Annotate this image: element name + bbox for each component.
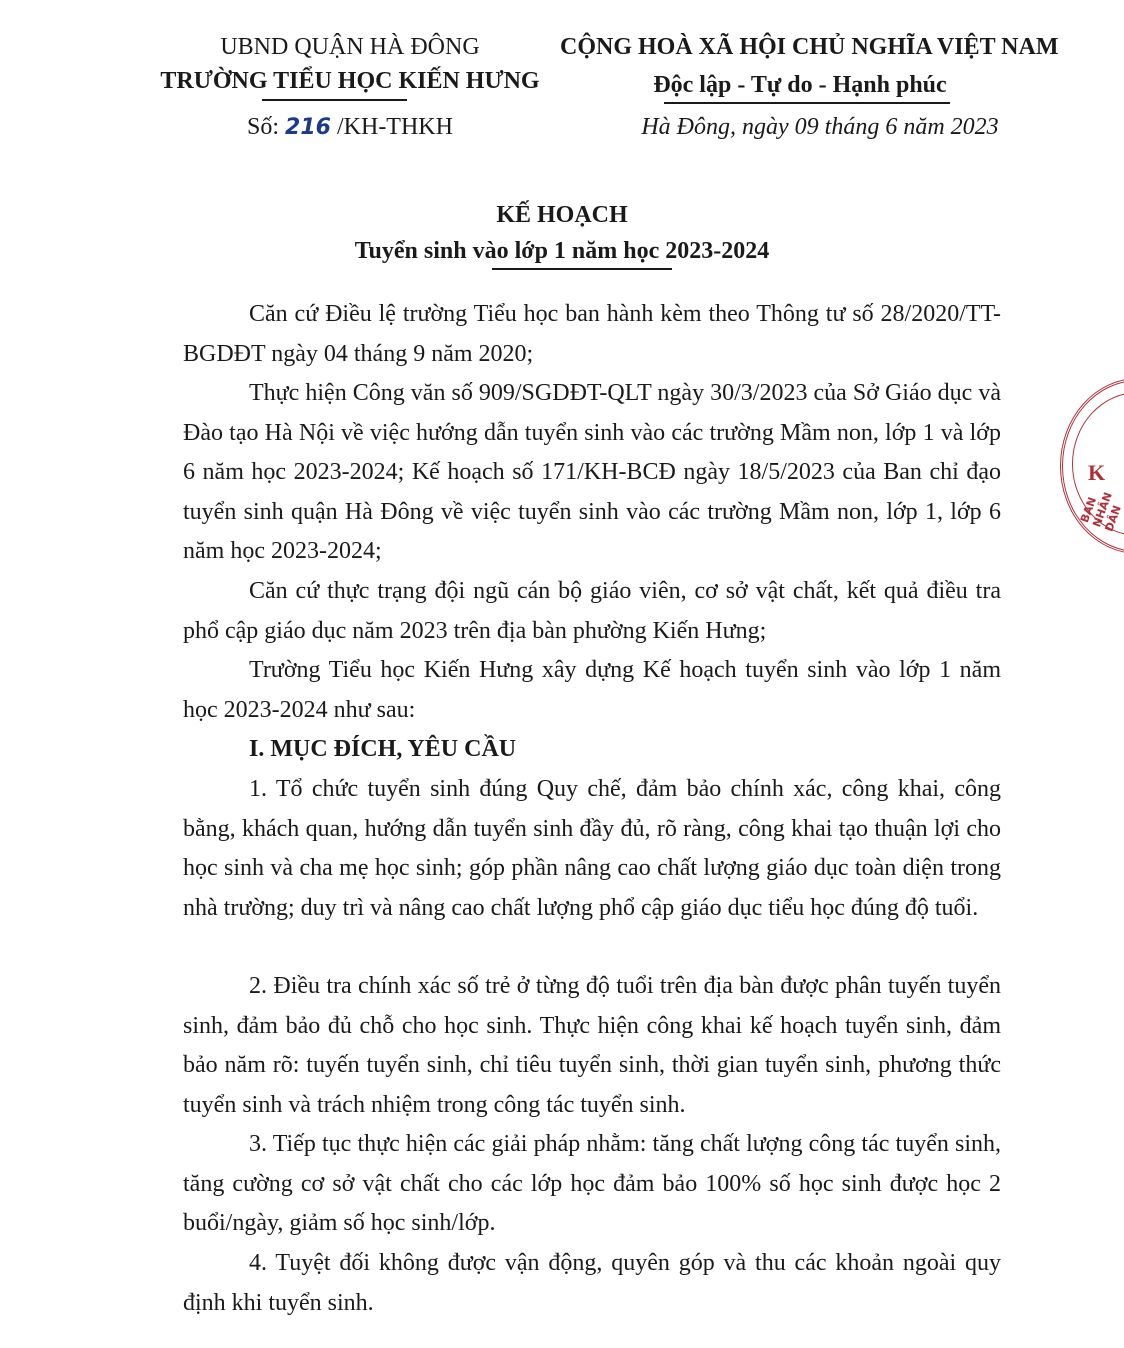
stamp-letter: K [1088,460,1105,486]
section-item: 1. Tổ chức tuyển sinh đúng Quy chế, đảm … [183,770,1001,928]
motto-underline [664,102,950,104]
preamble-paragraph: Trường Tiểu học Kiến Hưng xây dựng Kế ho… [183,651,1001,730]
document-number: Số: 216 /KH-THKH [140,114,560,141]
subtitle-underline [492,268,672,270]
section-item: 4. Tuyệt đối không được vận động, quyên … [183,1244,1001,1323]
preamble-paragraph: Thực hiện Công văn số 909/SGDĐT-QLT ngày… [183,374,1001,572]
national-motto: Độc lập - Tự do - Hạnh phúc [560,72,1040,99]
document-number-handwritten: 216 [285,115,331,140]
preamble-paragraph: Căn cứ Điều lệ trường Tiểu học ban hành … [183,295,1001,374]
section-heading: I. MỤC ĐÍCH, YÊU CẦU [249,736,516,763]
document-subtitle: Tuyển sinh vào lớp 1 năm học 2023-2024 [0,238,1124,265]
issuing-authority: UBND QUẬN HÀ ĐÔNG [140,34,560,61]
place-date: Hà Đông, ngày 09 tháng 6 năm 2023 [580,114,1060,141]
preamble-paragraph: Căn cứ thực trạng đội ngũ cán bộ giáo vi… [183,572,1001,651]
document-title: KẾ HOẠCH [0,202,1124,229]
section-item: 3. Tiếp tục thực hiện các giải pháp nhằm… [183,1125,1001,1244]
school-name: TRƯỜNG TIỂU HỌC KIẾN HƯNG [140,68,560,95]
section-item: 2. Điều tra chính xác số trẻ ở từng độ t… [183,967,1001,1125]
school-name-underline [262,99,407,101]
document-number-suffix: /KH-THKH [337,114,453,140]
national-title: CỘNG HOÀ XÃ HỘI CHỦ NGHĨA VIỆT NAM [560,34,1040,61]
document-number-prefix: Số: [247,114,279,140]
